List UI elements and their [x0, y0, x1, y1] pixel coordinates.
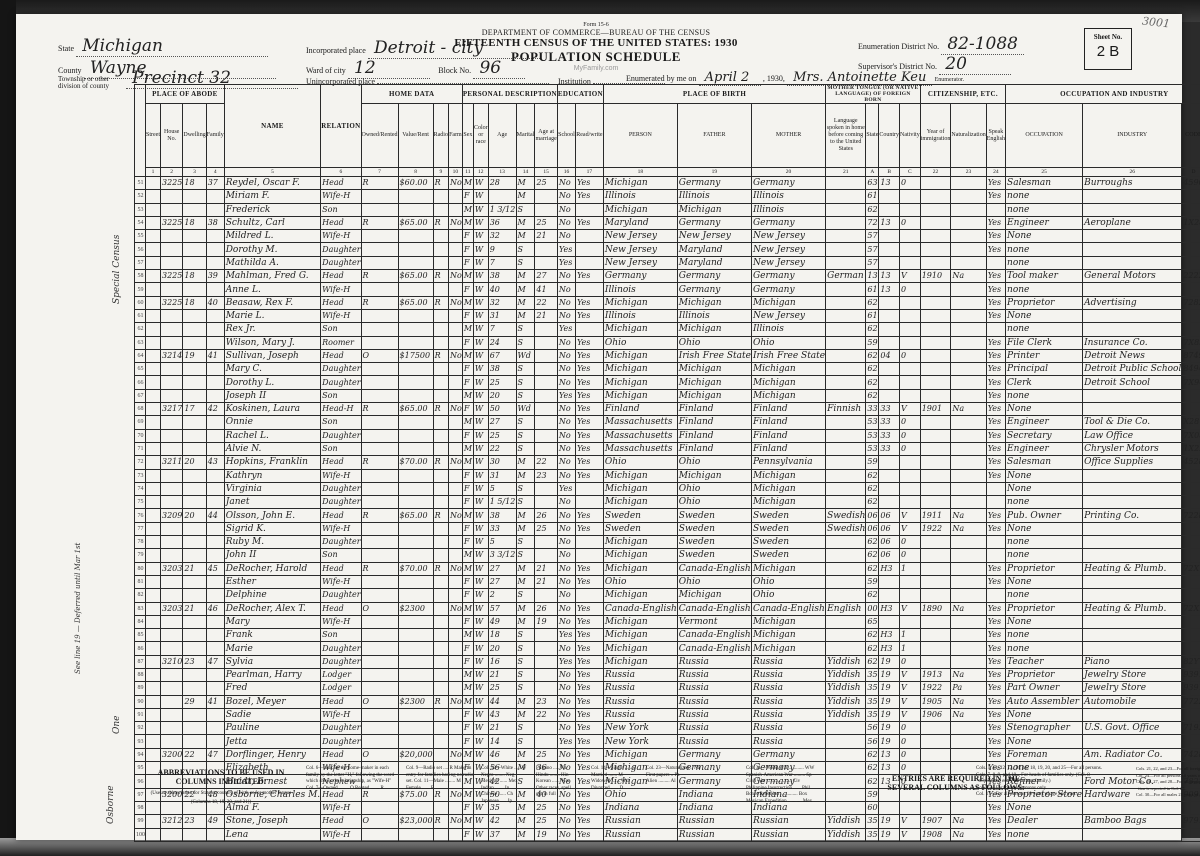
- cell-birth: Michigan: [603, 323, 677, 336]
- cell-street: [146, 602, 161, 615]
- cell-mother: Michigan: [751, 296, 825, 309]
- cell-read: Yes: [575, 642, 603, 655]
- cell-relation: Roomer: [321, 336, 361, 349]
- cell-code-b: 19: [879, 722, 900, 735]
- cell-occupation: none: [1006, 536, 1083, 549]
- cell-name: Miriam F.: [224, 190, 320, 203]
- cell-marital: S: [516, 655, 535, 668]
- cell-read: Yes: [575, 562, 603, 575]
- cell-house: [161, 629, 183, 642]
- cell-value: $20,000: [398, 748, 433, 761]
- cell-relation: Wife-H: [321, 828, 361, 841]
- cell-age-marr: [535, 323, 558, 336]
- cell-marital: S: [516, 336, 535, 349]
- cell-relation: Daughter: [321, 243, 361, 256]
- cell-family: 40: [206, 296, 224, 309]
- cell-immig: 1890: [920, 602, 951, 615]
- cell-farm: No: [448, 270, 462, 283]
- line-number: 59: [135, 283, 146, 296]
- cell-relation: Daughter: [321, 256, 361, 269]
- cell-sex: M: [462, 682, 473, 695]
- cell-street: [146, 442, 161, 455]
- cell-owned: [361, 243, 398, 256]
- cell-code-b: 04: [879, 349, 900, 362]
- cell-code-d: 7X85: [1182, 336, 1200, 349]
- column-number-13: 13: [488, 168, 516, 177]
- cell-school: No: [557, 296, 575, 309]
- cell-value: $65.00: [398, 216, 433, 229]
- cell-relation: Daughter: [321, 589, 361, 602]
- cell-occupation: Proprietor: [1006, 296, 1083, 309]
- cell-relation: Head: [321, 296, 361, 309]
- required-entries-b: Cols. 21, 22, and 23—For all foreign-bor…: [1136, 766, 1200, 799]
- cell-read: Yes: [575, 602, 603, 615]
- cell-owned: [361, 682, 398, 695]
- cell-family: [206, 682, 224, 695]
- cell-father: Russia: [677, 735, 751, 748]
- column-label-10: Farm: [448, 104, 462, 168]
- cell-code-a: 62: [866, 469, 879, 482]
- cell-name: Frank: [224, 629, 320, 642]
- cell-immig: [920, 323, 951, 336]
- cell-mother: Michigan: [751, 642, 825, 655]
- cell-marital: Wd: [516, 349, 535, 362]
- cell-occupation: none: [1006, 496, 1083, 509]
- cell-school: No: [557, 562, 575, 575]
- cell-street: [146, 748, 161, 761]
- cell-age: 50: [488, 403, 516, 416]
- header-group-row: PLACE OF ABODE NAME RELATION HOME DATA P…: [135, 85, 1200, 104]
- cell-english: Yes: [986, 828, 1005, 841]
- line-number: 60: [135, 296, 146, 309]
- cell-value: [398, 363, 433, 376]
- cell-marital: M: [516, 296, 535, 309]
- cell-school: No: [557, 589, 575, 602]
- cell-immig: [920, 336, 951, 349]
- line-number: 76: [135, 509, 146, 522]
- cell-code-d: [1182, 708, 1200, 721]
- cell-code-a: 59: [866, 575, 879, 588]
- cell-natur: Na: [951, 668, 986, 681]
- cell-marital: S: [516, 482, 535, 495]
- cell-code-d: [1182, 203, 1200, 216]
- line-number: 69: [135, 416, 146, 429]
- cell-industry: Piano: [1083, 655, 1182, 668]
- cell-family: [206, 363, 224, 376]
- cell-farm: [448, 283, 462, 296]
- cell-house: 3211: [161, 456, 183, 469]
- cell-father: Canada-English: [677, 642, 751, 655]
- column-number-d: D: [1182, 168, 1200, 177]
- cell-value: [398, 389, 433, 402]
- cell-read: Yes: [575, 722, 603, 735]
- cell-name: Sylvia: [224, 655, 320, 668]
- cell-value: [398, 735, 433, 748]
- column-number-16: 16: [557, 168, 575, 177]
- cell-lang: [826, 615, 866, 628]
- cell-relation: Daughter: [321, 536, 361, 549]
- cell-owned: [361, 482, 398, 495]
- table-row: 56Dorothy M.DaughterFW9SYesNew JerseyMar…: [135, 243, 1200, 256]
- cell-dwelling: [183, 323, 206, 336]
- cell-street: [146, 562, 161, 575]
- column-number-a: A: [866, 168, 879, 177]
- cell-school: No: [557, 283, 575, 296]
- cell-race: W: [473, 629, 488, 642]
- cell-read: [575, 482, 603, 495]
- cell-code-c: 0: [900, 177, 921, 190]
- column-number-8: 8: [398, 168, 433, 177]
- cell-father: Russia: [677, 695, 751, 708]
- cell-school: No: [557, 403, 575, 416]
- cell-sex: F: [462, 575, 473, 588]
- cell-english: Yes: [986, 403, 1005, 416]
- cell-owned: [361, 522, 398, 535]
- cell-english: Yes: [986, 682, 1005, 695]
- cell-father: Ohio: [677, 456, 751, 469]
- cell-owned: [361, 363, 398, 376]
- cell-age-marr: [535, 376, 558, 389]
- cell-code-b: [879, 615, 900, 628]
- cell-code-c: 0: [900, 429, 921, 442]
- cell-sex: M: [462, 668, 473, 681]
- cell-occupation: none: [1006, 256, 1083, 269]
- cell-immig: [920, 416, 951, 429]
- table-row: 7632092044Olsson, John E.HeadR$65.00RNoM…: [135, 509, 1200, 522]
- cell-read: Yes: [575, 575, 603, 588]
- cell-birth: Russia: [603, 668, 677, 681]
- cell-farm: [448, 469, 462, 482]
- cell-read: Yes: [575, 363, 603, 376]
- cell-farm: [448, 629, 462, 642]
- cell-school: No: [557, 349, 575, 362]
- cell-mother: Illinois: [751, 190, 825, 203]
- census-title: FIFTEENTH CENSUS OF THE UNITED STATES: 1…: [446, 37, 746, 49]
- cell-sex: F: [462, 403, 473, 416]
- cell-school: Yes: [557, 243, 575, 256]
- cell-code-a: 61: [866, 283, 879, 296]
- cell-read: Yes: [575, 309, 603, 322]
- cell-street: [146, 429, 161, 442]
- column-label-7: Owned/Rented: [361, 104, 398, 168]
- cell-dwelling: 29: [183, 695, 206, 708]
- cell-school: No: [557, 456, 575, 469]
- cell-farm: No: [448, 216, 462, 229]
- cell-street: [146, 416, 161, 429]
- cell-race: W: [473, 177, 488, 190]
- cell-mother: Germany: [751, 177, 825, 190]
- cell-code-b: 19: [879, 655, 900, 668]
- cell-father: Sweden: [677, 509, 751, 522]
- cell-code-d: [1182, 283, 1200, 296]
- cell-value: [398, 482, 433, 495]
- cell-code-a: 33: [866, 403, 879, 416]
- cell-read: Yes: [575, 403, 603, 416]
- cell-english: [986, 323, 1005, 336]
- cell-relation: Wife-H: [321, 469, 361, 482]
- cell-house: [161, 190, 183, 203]
- abbreviations-title-text: ABBREVIATIONS TO BE USED IN COLUMNS INDI…: [158, 768, 285, 786]
- cell-natur: [951, 722, 986, 735]
- cell-industry: [1083, 469, 1182, 482]
- cell-owned: R: [361, 296, 398, 309]
- cell-english: Yes: [986, 309, 1005, 322]
- cell-code-b: 33: [879, 416, 900, 429]
- cell-occupation: Principal: [1006, 363, 1083, 376]
- cell-code-c: V: [900, 682, 921, 695]
- cell-code-d: 7X08: [1182, 429, 1200, 442]
- table-row: 61Marie L.Wife-HFW31M21NoYesIllinoisIlli…: [135, 309, 1200, 322]
- cell-sex: F: [462, 722, 473, 735]
- cell-occupation: Salesman: [1006, 177, 1083, 190]
- cell-code-a: 72: [866, 216, 879, 229]
- cell-farm: [448, 363, 462, 376]
- cell-farm: [448, 735, 462, 748]
- cell-sex: M: [462, 748, 473, 761]
- cell-natur: [951, 177, 986, 190]
- cell-read: Yes: [575, 708, 603, 721]
- column-number-12: 12: [473, 168, 488, 177]
- cell-code-c: [900, 256, 921, 269]
- cell-relation: Wife-H: [321, 309, 361, 322]
- form-footer: ABBREVIATIONS TO BE USED IN COLUMNS INDI…: [136, 762, 1166, 822]
- cell-code-d: [1182, 389, 1200, 402]
- cell-owned: O: [361, 748, 398, 761]
- line-number: 57: [135, 256, 146, 269]
- column-label-19: FATHER: [677, 104, 751, 168]
- enumeration-district-field: Enumeration District No. 82-1088: [858, 34, 1024, 55]
- line-number: 84: [135, 615, 146, 628]
- column-number-6: 6: [321, 168, 361, 177]
- cell-industry: Automobile: [1083, 695, 1182, 708]
- cell-race: W: [473, 270, 488, 283]
- cell-age-marr: [535, 243, 558, 256]
- cell-relation: Head: [321, 695, 361, 708]
- line-number: 88: [135, 668, 146, 681]
- cell-immig: 1913: [920, 668, 951, 681]
- cell-age-marr: [535, 735, 558, 748]
- cell-immig: [920, 296, 951, 309]
- cell-farm: No: [448, 403, 462, 416]
- column-number-7: 7: [361, 168, 398, 177]
- cell-english: [986, 589, 1005, 602]
- cell-age: 37: [488, 828, 516, 841]
- cell-natur: [951, 323, 986, 336]
- cell-family: [206, 323, 224, 336]
- cell-family: 46: [206, 602, 224, 615]
- cell-mother: Finland: [751, 416, 825, 429]
- cell-age: 5: [488, 482, 516, 495]
- cell-radio: [433, 389, 448, 402]
- cell-lang: Yiddish: [826, 708, 866, 721]
- cell-value: $17500: [398, 349, 433, 362]
- cell-family: [206, 230, 224, 243]
- sheet-number-box: Sheet No. 2 B: [1084, 28, 1132, 70]
- cell-code-a: 53: [866, 416, 879, 429]
- cell-father: Michigan: [677, 323, 751, 336]
- cell-name: Janet: [224, 496, 320, 509]
- cell-farm: No: [448, 296, 462, 309]
- cell-family: 39: [206, 270, 224, 283]
- cell-school: No: [557, 828, 575, 841]
- cell-code-c: [900, 309, 921, 322]
- cell-birth: Massachusetts: [603, 429, 677, 442]
- cell-age: 25: [488, 682, 516, 695]
- cell-street: [146, 615, 161, 628]
- cell-house: [161, 203, 183, 216]
- cell-age-marr: [535, 256, 558, 269]
- cell-code-c: V: [900, 708, 921, 721]
- cell-english: Yes: [986, 509, 1005, 522]
- cell-immig: [920, 482, 951, 495]
- cell-dwelling: [183, 376, 206, 389]
- cell-birth: Illinois: [603, 190, 677, 203]
- cell-industry: Office Supplies: [1083, 456, 1182, 469]
- column-number-1: 1: [146, 168, 161, 177]
- cell-birth: Illinois: [603, 283, 677, 296]
- cell-industry: [1083, 629, 1182, 642]
- cell-natur: [951, 655, 986, 668]
- cell-english: [986, 256, 1005, 269]
- cell-code-a: 62: [866, 642, 879, 655]
- cell-age-marr: [535, 442, 558, 455]
- cell-farm: [448, 230, 462, 243]
- cell-father: Russia: [677, 668, 751, 681]
- cell-natur: [951, 589, 986, 602]
- cell-family: [206, 469, 224, 482]
- cell-race: W: [473, 695, 488, 708]
- cell-code-a: 57: [866, 243, 879, 256]
- cell-industry: Insurance Co.: [1083, 336, 1182, 349]
- table-header: PLACE OF ABODE NAME RELATION HOME DATA P…: [135, 85, 1200, 177]
- cell-school: Yes: [557, 389, 575, 402]
- cell-dwelling: [183, 828, 206, 841]
- cell-school: No: [557, 429, 575, 442]
- cell-birth: Michigan: [603, 203, 677, 216]
- cell-school: Yes: [557, 256, 575, 269]
- cell-read: [575, 549, 603, 562]
- cell-relation: Head: [321, 562, 361, 575]
- table-row: 84MaryWife-HFW49M19NoYesMichiganVermontM…: [135, 615, 1200, 628]
- cell-lang: [826, 190, 866, 203]
- cell-school: No: [557, 668, 575, 681]
- cell-race: W: [473, 708, 488, 721]
- cell-sex: M: [462, 177, 473, 190]
- table-row: 8332032146DeRocher, Alex T.HeadO$2300NoM…: [135, 602, 1200, 615]
- cell-relation: Head-H: [321, 403, 361, 416]
- cell-occupation: Foreman: [1006, 748, 1083, 761]
- cell-dwelling: 23: [183, 655, 206, 668]
- cell-industry: Chrysler Motors: [1083, 442, 1182, 455]
- cell-immig: [920, 536, 951, 549]
- line-number: 58: [135, 270, 146, 283]
- cell-sex: F: [462, 283, 473, 296]
- cell-house: [161, 615, 183, 628]
- cell-age-marr: 25: [535, 216, 558, 229]
- group-relation: RELATION: [321, 85, 361, 168]
- cell-age: 24: [488, 336, 516, 349]
- cell-farm: [448, 522, 462, 535]
- cell-marital: S: [516, 243, 535, 256]
- cell-radio: [433, 203, 448, 216]
- cell-natur: [951, 416, 986, 429]
- cell-marital: S: [516, 442, 535, 455]
- cell-marital: M: [516, 309, 535, 322]
- cell-radio: [433, 230, 448, 243]
- legend-col12b: Filipino ..... Fil Hindu ........ Hin Ko…: [536, 766, 571, 799]
- cell-read: Yes: [575, 695, 603, 708]
- cell-race: W: [473, 615, 488, 628]
- cell-dwelling: [183, 575, 206, 588]
- cell-race: W: [473, 828, 488, 841]
- cell-age-marr: [535, 629, 558, 642]
- cell-code-a: 62: [866, 655, 879, 668]
- cell-dwelling: [183, 536, 206, 549]
- cell-code-b: [879, 469, 900, 482]
- cell-mother: Russia: [751, 695, 825, 708]
- cell-marital: M: [516, 828, 535, 841]
- cell-code-d: [1182, 629, 1200, 642]
- cell-name: Kathryn: [224, 469, 320, 482]
- cell-code-c: [900, 496, 921, 509]
- cell-code-b: H3: [879, 562, 900, 575]
- cell-farm: [448, 655, 462, 668]
- cell-occupation: None: [1006, 522, 1083, 535]
- cell-value: [398, 256, 433, 269]
- cell-mother: Sweden: [751, 536, 825, 549]
- cell-immig: [920, 190, 951, 203]
- cell-marital: S: [516, 496, 535, 509]
- cell-school: No: [557, 270, 575, 283]
- cell-industry: Law Office: [1083, 429, 1182, 442]
- cell-street: [146, 668, 161, 681]
- cell-code-b: [879, 482, 900, 495]
- cell-street: [146, 363, 161, 376]
- cell-house: [161, 469, 183, 482]
- cell-natur: [951, 562, 986, 575]
- township-label: Township or other division of county: [58, 76, 128, 90]
- cell-father: Irish Free State: [677, 349, 751, 362]
- state-label: State: [58, 44, 74, 53]
- cell-english: Yes: [986, 216, 1005, 229]
- cell-natur: Na: [951, 602, 986, 615]
- column-number-18: 18: [603, 168, 677, 177]
- cell-race: W: [473, 722, 488, 735]
- cell-dwelling: [183, 283, 206, 296]
- cell-house: 3217: [161, 403, 183, 416]
- cell-birth: Michigan: [603, 536, 677, 549]
- cell-code-b: 33: [879, 403, 900, 416]
- cell-mother: Michigan: [751, 562, 825, 575]
- cell-family: [206, 642, 224, 655]
- cell-code-b: H3: [879, 602, 900, 615]
- cell-race: W: [473, 456, 488, 469]
- cell-farm: [448, 190, 462, 203]
- cell-radio: [433, 668, 448, 681]
- cell-age: 36: [488, 216, 516, 229]
- cell-name: Schultz, Carl: [224, 216, 320, 229]
- cell-value: $70.00: [398, 456, 433, 469]
- cell-radio: [433, 536, 448, 549]
- cell-natur: Na: [951, 509, 986, 522]
- cell-race: W: [473, 190, 488, 203]
- cell-immig: [920, 496, 951, 509]
- cell-name: Jetta: [224, 735, 320, 748]
- cell-value: $2300: [398, 695, 433, 708]
- cell-relation: Wife-H: [321, 708, 361, 721]
- cell-street: [146, 828, 161, 841]
- cell-natur: [951, 575, 986, 588]
